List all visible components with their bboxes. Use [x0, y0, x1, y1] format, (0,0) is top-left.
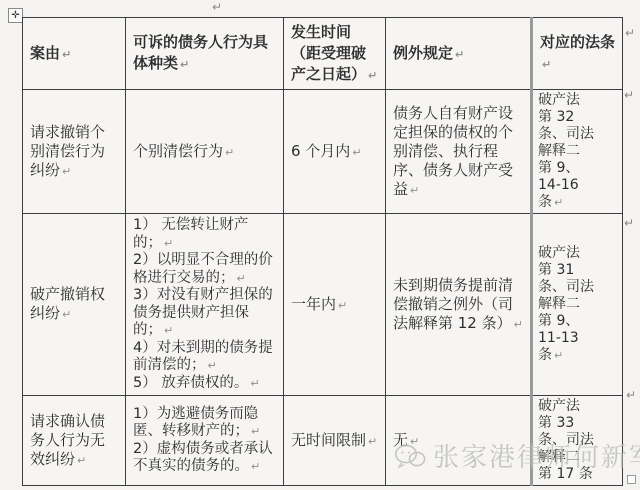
return-mark: ↵ [338, 299, 347, 312]
move-icon: ✛ [11, 11, 19, 21]
cell-law: 破产法 第 33 条、司法 解释二 第 17 条 [532, 396, 623, 486]
header-occurrence-time: 发生时间（距受理破产之日起）↵ [284, 18, 386, 90]
cell-text: 6 个月内 [291, 142, 350, 160]
cell-case-cause: 破产撤销权纠纷↵ [23, 214, 126, 396]
return-mark: ↵ [368, 69, 377, 82]
return-mark: ↵ [164, 237, 173, 250]
cell-time: 无时间限制↵ [284, 396, 386, 486]
cell-law: 破产法 第 31 条、司法 解释二 第 9、 11-13 条↵ [532, 214, 623, 396]
act-text: 1） 无偿转让财产的； [133, 217, 248, 251]
cell-text: 一年内 [291, 295, 336, 313]
law-line: 第 9、 [538, 313, 617, 330]
cell-text: 无 [393, 431, 408, 449]
law-line: 破产法 [538, 398, 617, 415]
cell-acts: 1）为逃避债务而隐匿、转移财产的；↵ 2）虚构债务或者承认不真实的债务的。↵ [126, 396, 284, 486]
act-text: 4）对未到期的债务提前清偿的； [133, 340, 273, 374]
act-item: 4）对未到期的债务提前清偿的；↵ [133, 340, 276, 375]
act-text: 5） 放弃债权的。 [133, 375, 248, 391]
law-line: 第 33 [538, 415, 617, 432]
table-move-handle[interactable]: ✛ [8, 8, 23, 23]
table-header-row: 案由↵ 可诉的债务人行为具体种类↵ 发生时间（距受理破产之日起）↵ 例外规定↵ … [23, 18, 623, 90]
cell-exception: 债务人自有财产设定担保的债权的个别清偿、执行程序、债务人财产受益↵ [386, 90, 532, 214]
bankruptcy-claims-table: 案由↵ 可诉的债务人行为具体种类↵ 发生时间（距受理破产之日起）↵ 例外规定↵ … [22, 17, 623, 486]
header-case-cause: 案由↵ [23, 18, 126, 90]
header-label: 案由 [30, 44, 60, 62]
header-label: 可诉的债务人行为具体种类 [133, 33, 268, 72]
act-item: 5） 放弃债权的。↵ [133, 375, 276, 393]
law-line: 条、司法 [538, 126, 617, 143]
return-mark: ↵ [554, 349, 563, 362]
act-item: 2）以明显不合理的价格进行交易的；↵ [133, 252, 276, 287]
cell-text: 未到期债务提前清偿撤销之例外（司法解释第 12 条） [393, 276, 513, 332]
cell-text: 请求确认债务人行为无效纠纷 [30, 412, 105, 468]
paragraph-mark: ↵ [624, 216, 634, 230]
cell-text: 无时间限制 [291, 431, 366, 449]
return-mark: ↵ [542, 58, 551, 71]
return-mark: ↵ [455, 48, 464, 61]
cell-acts: 个别清偿行为↵ [126, 90, 284, 214]
law-line: 条、司法 [538, 432, 617, 449]
paragraph-mark: ↵ [212, 0, 222, 14]
return-mark: ↵ [410, 184, 419, 197]
law-line: 解释二 [538, 296, 617, 313]
law-line: 第 31 [538, 262, 617, 279]
return-mark: ↵ [410, 435, 419, 448]
paragraph-mark: ↵ [625, 26, 635, 40]
header-exceptions: 例外规定↵ [386, 18, 532, 90]
paragraph-mark: ↵ [624, 88, 634, 102]
law-line: 14-16 [538, 177, 617, 194]
word-document-page: ✛ ↵ ↵ ↵ ↵ ↵ ↵ 案由↵ 可诉的债务人行为具体种类↵ 发生时间（距受理… [0, 0, 640, 490]
table-row: 破产撤销权纠纷↵ 1） 无偿转让财产的；↵ 2）以明显不合理的价格进行交易的；↵… [23, 214, 623, 396]
cell-time: 6 个月内↵ [284, 90, 386, 214]
return-mark: ↵ [225, 146, 234, 159]
header-legal-basis: 对应的法条↵ [532, 18, 623, 90]
return-mark: ↵ [251, 425, 260, 438]
law-line: 条↵ [538, 194, 617, 211]
return-mark: ↵ [77, 454, 86, 467]
law-line: 破产法 [538, 245, 617, 262]
return-mark: ↵ [352, 146, 361, 159]
law-text: 条 [538, 194, 552, 210]
header-actionable-acts: 可诉的债务人行为具体种类↵ [126, 18, 284, 90]
return-mark: ↵ [368, 435, 377, 448]
act-item: 1）为逃避债务而隐匿、转移财产的；↵ [133, 406, 276, 441]
cell-exception: 无↵ [386, 396, 532, 486]
table-row: 请求撤销个别清偿行为纠纷↵ 个别清偿行为↵ 6 个月内↵ 债务人自有财产设定担保… [23, 90, 623, 214]
cell-exception: 未到期债务提前清偿撤销之例外（司法解释第 12 条）↵ [386, 214, 532, 396]
law-line: 第 9、 [538, 160, 617, 177]
table-resize-handle[interactable] [627, 475, 636, 484]
return-mark: ↵ [554, 196, 563, 209]
cell-case-cause: 请求确认债务人行为无效纠纷↵ [23, 396, 126, 486]
law-line: 条、司法 [538, 279, 617, 296]
act-text: 1）为逃避债务而隐匿、转移财产的； [133, 406, 258, 440]
cell-case-cause: 请求撤销个别清偿行为纠纷↵ [23, 90, 126, 214]
law-line: 11-13 [538, 330, 617, 347]
act-text: 2）以明显不合理的价格进行交易的； [133, 252, 273, 286]
law-line: 破产法 [538, 92, 617, 109]
return-mark: ↵ [208, 359, 217, 372]
act-item: 2）虚构债务或者承认不真实的债务的。↵ [133, 441, 276, 476]
table-row: 请求确认债务人行为无效纠纷↵ 1）为逃避债务而隐匿、转移财产的；↵ 2）虚构债务… [23, 396, 623, 486]
header-label: 对应的法条 [540, 33, 615, 51]
act-text: 3）对没有财产担保的债务提供财产担保的； [133, 287, 273, 338]
header-label: 例外规定 [393, 44, 453, 62]
act-item: 个别清偿行为↵ [133, 142, 276, 162]
return-mark: ↵ [180, 58, 189, 71]
return-mark: ↵ [514, 318, 523, 331]
return-mark: ↵ [251, 460, 260, 473]
law-line: 条↵ [538, 347, 617, 364]
return-mark: ↵ [62, 308, 71, 321]
act-text: 个别清偿行为 [133, 142, 223, 160]
act-item: 1） 无偿转让财产的；↵ [133, 217, 276, 252]
law-line: 解释二 [538, 449, 617, 466]
law-line: 解释二 [538, 143, 617, 160]
return-mark: ↵ [62, 165, 71, 178]
return-mark: ↵ [237, 272, 246, 285]
cell-time: 一年内↵ [284, 214, 386, 396]
act-item: 3）对没有财产担保的债务提供财产担保的；↵ [133, 287, 276, 340]
law-text: 条 [538, 347, 552, 363]
paragraph-mark: ↵ [626, 388, 636, 402]
cell-law: 破产法 第 32 条、司法 解释二 第 9、 14-16 条↵ [532, 90, 623, 214]
return-mark: ↵ [62, 48, 71, 61]
law-line: 第 32 [538, 109, 617, 126]
return-mark: ↵ [250, 377, 259, 390]
return-mark: ↵ [164, 324, 173, 337]
law-line: 第 17 条 [538, 466, 617, 483]
cell-acts: 1） 无偿转让财产的；↵ 2）以明显不合理的价格进行交易的；↵ 3）对没有财产担… [126, 214, 284, 396]
header-label: 发生时间（距受理破产之日起） [291, 23, 366, 83]
